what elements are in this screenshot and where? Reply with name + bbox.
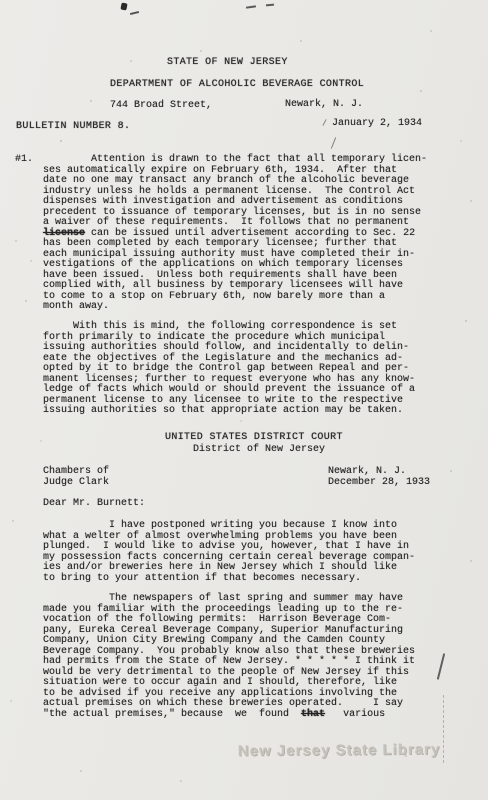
ink-dash: [266, 4, 274, 7]
ink-dash: [130, 11, 139, 15]
paragraph-4-text-b: various: [325, 709, 385, 720]
letter-date: December 28, 1933: [328, 478, 430, 489]
pen-tick: [331, 137, 336, 149]
scanned-bulletin-page: STATE OF NEW JERSEY DEPARTMENT OF ALCOHO…: [0, 0, 488, 800]
paragraph-1-text-b: can be issued until advertisement accord…: [43, 228, 415, 313]
ink-blot: [120, 2, 127, 10]
item-number: #1.: [15, 155, 33, 166]
paragraph-1-text-a: Attention is drawn to the fact that all …: [43, 154, 427, 228]
sender-line-1: Chambers of: [43, 467, 109, 478]
overstruck-word: license: [43, 228, 85, 239]
court-subheading: District of New Jersey: [193, 445, 325, 456]
city-address: Newark, N. J.: [285, 100, 363, 111]
department-title: DEPARTMENT OF ALCOHOLIC BEVERAGE CONTROL: [110, 80, 364, 91]
issue-date: January 2, 1934: [332, 119, 422, 130]
salutation: Dear Mr. Burnett:: [43, 499, 145, 510]
bulletin-number: BULLETIN NUMBER 8.: [16, 122, 130, 133]
paragraph-3: I have postponed writing you because I k…: [43, 521, 415, 584]
paragraph-4: The newspapers of last spring and summer…: [43, 594, 415, 720]
paragraph-4-text-a: The newspapers of last spring and summer…: [43, 593, 415, 720]
pen-tick: [322, 119, 326, 126]
street-address: 744 Broad Street,: [110, 101, 212, 112]
paragraph-2: With this is mind, the following corresp…: [43, 322, 415, 417]
letter-place: Newark, N. J.: [328, 467, 406, 478]
scan-noise-dots: [60, 140, 62, 142]
state-title: STATE OF NEW JERSEY: [167, 58, 288, 69]
overstruck-word: that: [301, 709, 325, 720]
pen-stroke: [437, 653, 445, 680]
sender-line-2: Judge Clark: [43, 478, 109, 489]
library-stamp: New Jersey State Library: [238, 741, 441, 760]
ink-dash: [246, 5, 256, 8]
fold-line: [443, 695, 444, 763]
court-heading: UNITED STATES DISTRICT COURT: [165, 433, 343, 444]
paragraph-1: Attention is drawn to the fact that all …: [43, 155, 427, 313]
